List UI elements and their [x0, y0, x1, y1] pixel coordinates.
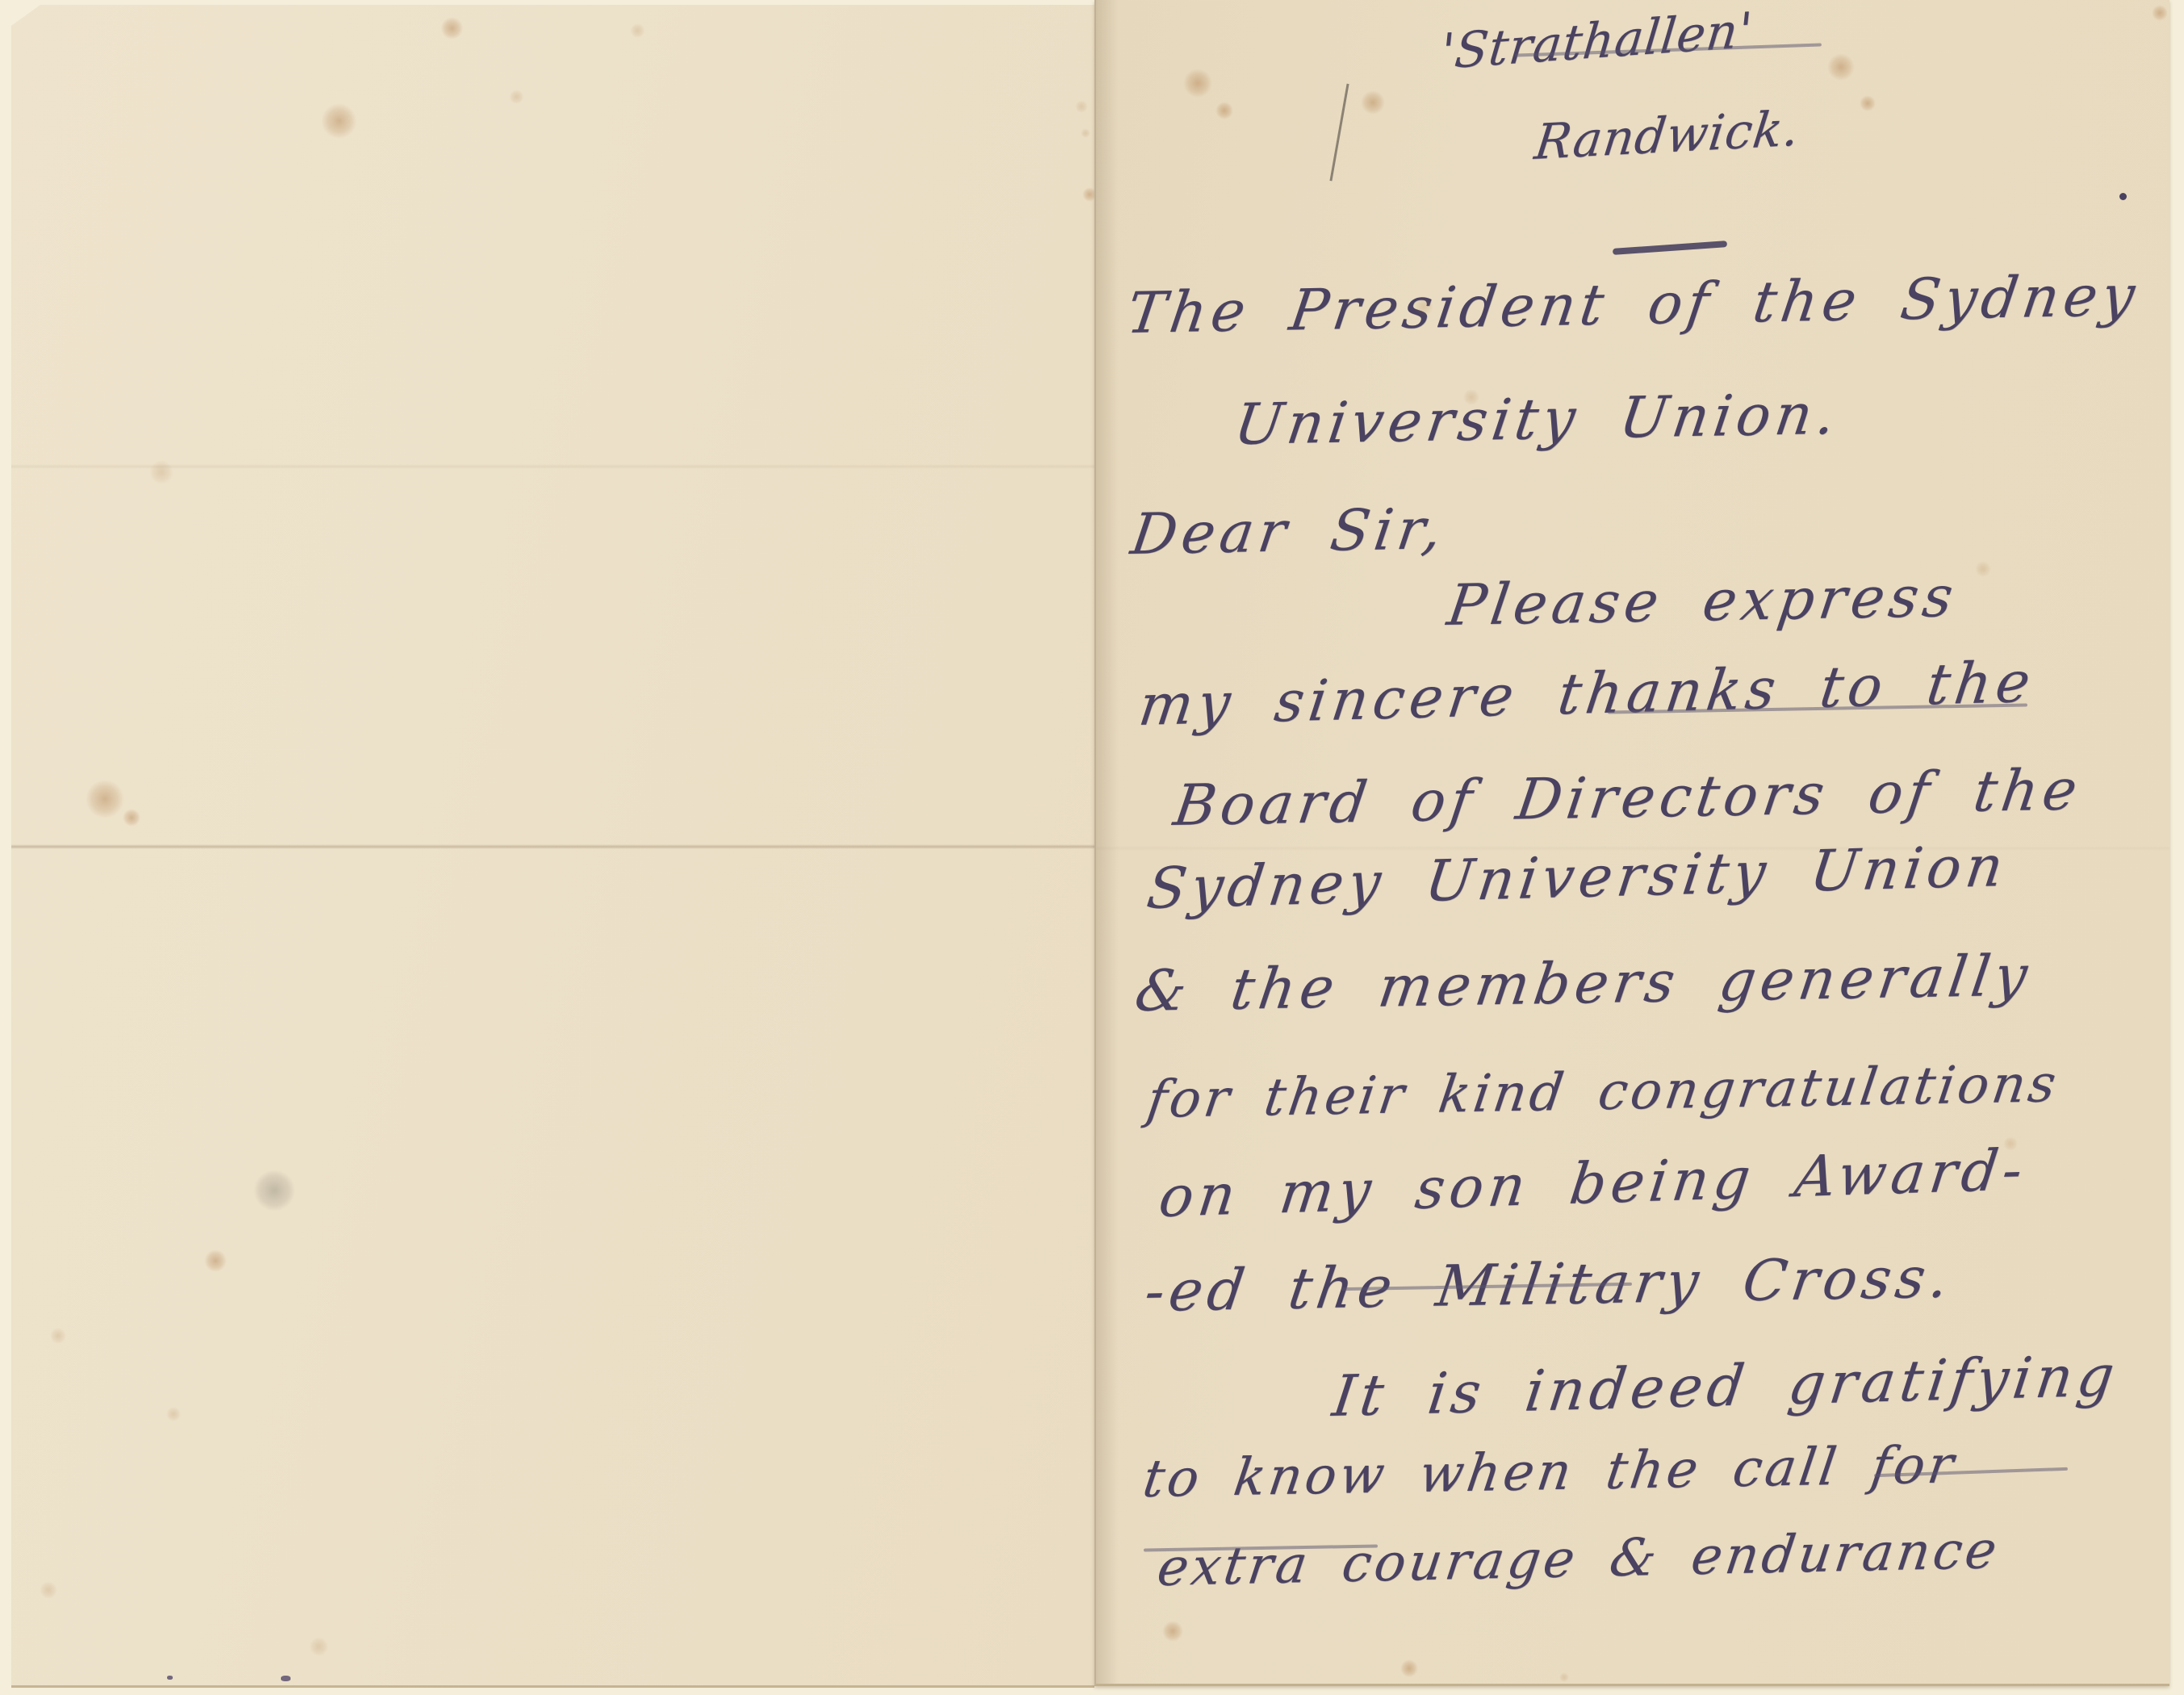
foxing-spot: [1162, 1621, 1183, 1642]
letter-body-line: It is indeed gratifying: [1329, 1346, 2122, 1426]
ink-dash-underline: [1613, 241, 1727, 255]
pencil-check-icon: [1329, 84, 1349, 182]
foxing-spot: [204, 1249, 227, 1272]
foxing-spot: [321, 103, 357, 139]
foxing-spot: [509, 90, 524, 104]
foxing-spot: [309, 1637, 328, 1656]
letter-body-line: my sincere thanks to the: [1136, 653, 2038, 736]
foxing-smudge: [253, 1170, 295, 1212]
foxing-spot: [50, 1328, 66, 1344]
foxing-spot: [86, 780, 124, 818]
foxing-spot: [1400, 1659, 1418, 1677]
fold-shadow: [1096, 0, 1119, 1684]
letter-body-line: extra courage & endurance: [1154, 1524, 2003, 1596]
heading-suburb: Randwick.: [1532, 103, 1802, 169]
left-page: [11, 5, 1094, 1688]
foxing-spot: [1559, 1672, 1569, 1682]
letter-body-line: Board of Directors of the: [1170, 760, 2086, 835]
foxing-spot: [166, 1407, 181, 1421]
foxing-spot: [1975, 561, 1991, 577]
ink-speck: [167, 1676, 173, 1680]
paper-fold-crease: [11, 844, 1094, 849]
foxing-spot: [1183, 69, 1212, 98]
ink-speck: [281, 1676, 291, 1681]
letter-body-line: on my son being Award-: [1156, 1140, 2031, 1228]
foxing-spot: [1215, 102, 1233, 119]
recipient-line: University Union.: [1231, 385, 1843, 455]
letter-body-line: for their kind congratulations: [1144, 1057, 2062, 1128]
letter-body-line: Please express: [1444, 567, 1961, 636]
foxing-spot: [40, 1581, 57, 1599]
right-page: 'Strathallen' Randwick. The President of…: [1094, 0, 2169, 1686]
foxing-spot: [441, 17, 463, 40]
foxing-spot: [630, 23, 645, 38]
foxing-spot: [1860, 95, 1876, 111]
paper-crease: [11, 464, 1094, 469]
foxing-spot: [1075, 100, 1088, 113]
foxing-spot: [1361, 90, 1385, 115]
salutation-line: Dear Sir,: [1128, 500, 1450, 564]
foxing-spot: [123, 809, 140, 827]
letter-scan: 'Strathallen' Randwick. The President of…: [0, 0, 2184, 1695]
letter-body-line: to know when the call for: [1140, 1438, 1960, 1507]
foxing-spot: [1827, 53, 1855, 81]
heading-house-name: 'Strathallen': [1438, 5, 1755, 78]
letter-body-line: & the members generally: [1132, 946, 2035, 1021]
foxing-spot: [1081, 128, 1090, 138]
ink-dot: [2119, 193, 2127, 200]
recipient-line: The President of the Sydney: [1123, 266, 2143, 344]
foxing-spot: [2152, 5, 2168, 21]
